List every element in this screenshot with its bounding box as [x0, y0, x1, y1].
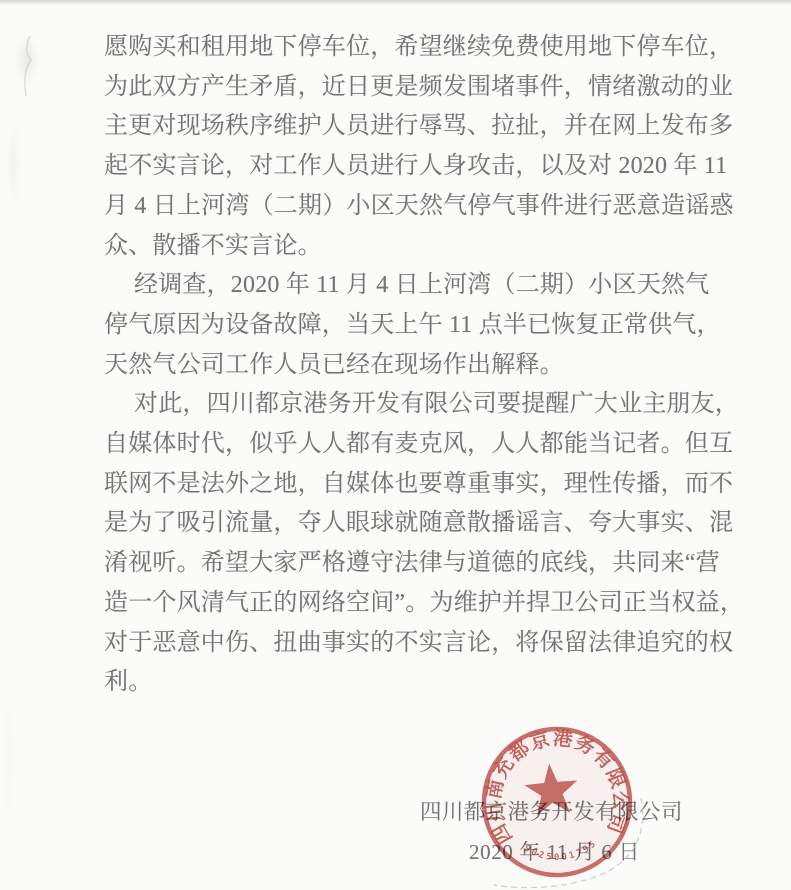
- scan-smudge: [6, 120, 22, 210]
- text-line: 停气原因为设备故障，当天上午 11 点半已恢复正常供气，: [104, 306, 754, 346]
- text-line: 联网不是法外之地，自媒体也要尊重事实，理性传播，而不: [104, 465, 754, 505]
- text-line: 起不实言论，对工作人员进行人身攻击，以及对 2020 年 11: [104, 147, 754, 187]
- text-line: 众、散播不实言论。: [104, 227, 754, 267]
- text-line: 对于恶意中伤、扭曲事实的不实言论，将保留法律追究的权: [104, 624, 754, 664]
- text-line: 经调查，2020 年 11 月 4 日上河湾（二期）小区天然气: [104, 266, 754, 306]
- scan-smudge: [2, 700, 16, 820]
- company-seal-stamp: 四川南充都京港务有限公司 9025001795: [467, 712, 647, 890]
- text-line: 愿购买和租用地下停车位，希望继续免费使用地下停车位，: [104, 28, 754, 68]
- scan-edge-artifact: [0, 0, 791, 5]
- text-line: 自媒体时代，似乎人人都有麦克风，人人都能当记者。但互: [104, 425, 754, 465]
- text-line: 主更对现场秩序维护人员进行辱骂、拉扯，并在网上发布多: [104, 107, 754, 147]
- text-line: 对此，四川都京港务开发有限公司要提醒广大业主朋友，: [104, 385, 754, 425]
- text-line: 造一个风清气正的网络空间”。为维护并捍卫公司正当权益，: [104, 584, 754, 624]
- scanned-document-page: 愿购买和租用地下停车位，希望继续免费使用地下停车位，为此双方产生矛盾，近日更是频…: [0, 0, 791, 890]
- text-line: 利。: [104, 663, 754, 703]
- text-line: 是为了吸引流量，夺人眼球就随意散播谣言、夸大事实、混: [104, 504, 754, 544]
- text-line: 天然气公司工作人员已经在现场作出解释。: [104, 346, 754, 386]
- text-line: 淆视听。希望大家严格遵守法律与道德的底线，共同来“营: [104, 544, 754, 584]
- text-line: 月 4 日上河湾（二期）小区天然气停气事件进行恶意造谣惑: [104, 187, 754, 227]
- text-line: 为此双方产生矛盾，近日更是频发围堵事件，情绪激动的业: [104, 68, 754, 108]
- document-body: 愿购买和租用地下停车位，希望继续免费使用地下停车位，为此双方产生矛盾，近日更是频…: [104, 28, 754, 703]
- scan-smudge: [14, 34, 40, 86]
